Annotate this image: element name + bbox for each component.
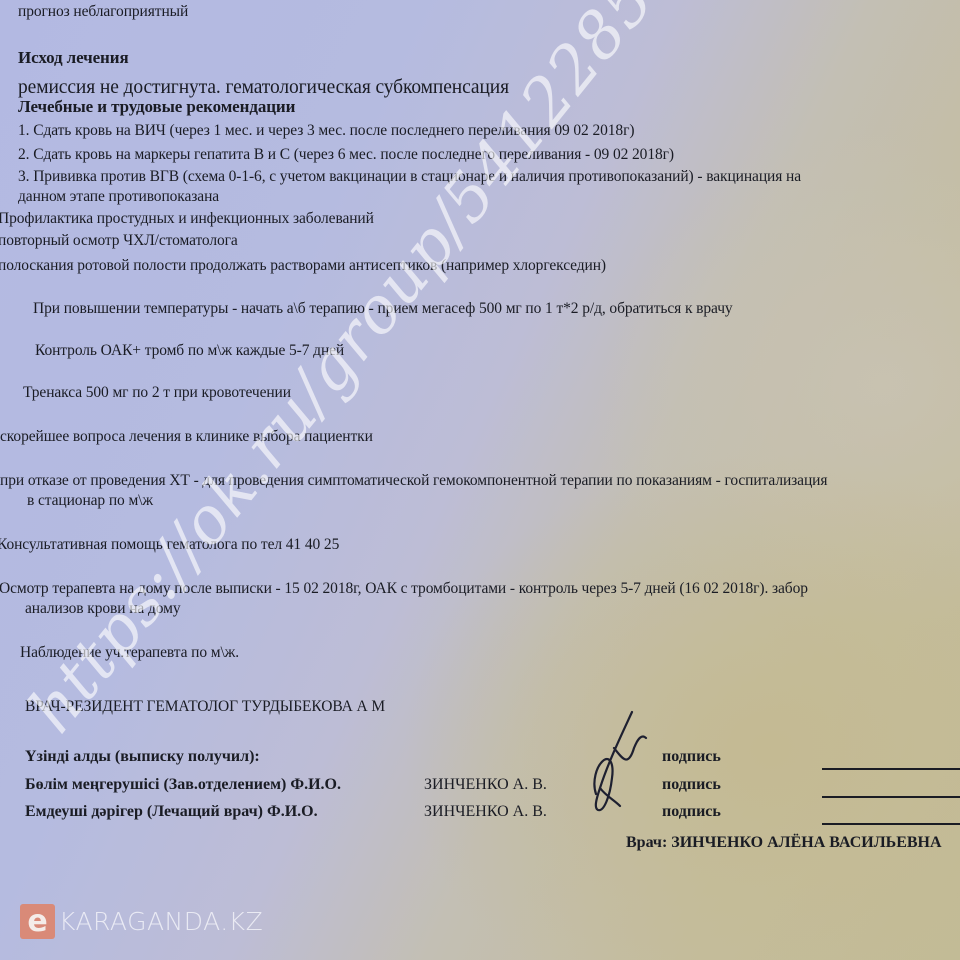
recommendation-item: Наблюдение уч.терапевта по м\ж. (20, 644, 239, 662)
recommendation-item: анализов крови на дому (25, 600, 180, 618)
recommendations-heading: Лечебные и трудовые рекомендации (18, 97, 295, 117)
signature-name: ЗИНЧЕНКО А. В. (424, 803, 547, 821)
recommendation-item: Консультативная помощь гематолога по тел… (0, 536, 339, 554)
signature-line (822, 768, 960, 770)
signature-word: подпись (662, 748, 721, 766)
recommendation-item: Профилактика простудных и инфекционных з… (0, 210, 374, 228)
recommendation-item: в стационар по м\ж (27, 492, 153, 510)
recommendation-item: при отказе от проведения ХТ - для провед… (0, 472, 827, 490)
recommendation-item: полоскания ротовой полости продолжать ра… (0, 257, 606, 275)
resident-doctor: ВРАЧ-РЕЗИДЕНТ ГЕМАТОЛОГ ТУРДЫБЕКОВА А М (25, 698, 385, 716)
recommendation-item: Осмотр терапевта на дому после выписки -… (0, 580, 808, 598)
doctor-name: Врач: ЗИНЧЕНКО АЛЁНА ВАСИЛЬЕВНА (626, 834, 942, 852)
signature-line (822, 823, 960, 825)
e-logo-icon: e (20, 904, 55, 939)
recommendation-item: 3. Прививка против ВГВ (схема 0-1-6, с у… (18, 168, 801, 186)
signature-label: Емдеуші дәрігер (Лечащий врач) Ф.И.О. (25, 803, 318, 820)
recommendation-item: Контроль ОАК+ тромб по м\ж каждые 5-7 дн… (35, 342, 344, 360)
recommendation-item: данном этапе противопоказана (18, 188, 219, 206)
signature-name: ЗИНЧЕНКО А. В. (424, 776, 547, 794)
signature-word: подпись (662, 803, 721, 821)
signature-line (822, 796, 960, 798)
outcome-heading: Исход лечения (18, 48, 129, 68)
signature-row-attending: Емдеуші дәрігер (Лечащий врач) Ф.И.О. (25, 803, 318, 821)
signature-word: подпись (662, 776, 721, 794)
signature-row-received: Үзінді алды (выписку получил): (25, 748, 260, 766)
signature-label: Үзінді алды (выписку получил): (25, 748, 260, 765)
signature-row-head: Бөлім меңгерушісі (Зав.отделением) Ф.И.О… (25, 776, 341, 794)
brand-name: KARAGANDA.KZ (59, 907, 263, 936)
recommendation-item: скорейшее вопроса лечения в клинике выбо… (0, 428, 373, 446)
recommendation-item: Тренакса 500 мг по 2 т при кровотечении (23, 384, 291, 402)
brand-logo: e KARAGANDA.KZ (20, 904, 263, 939)
prognosis-text: прогноз неблагоприятный (18, 3, 188, 21)
recommendation-item: 2. Сдать кровь на маркеры гепатита В и С… (18, 146, 674, 164)
signature-label: Бөлім меңгерушісі (Зав.отделением) Ф.И.О… (25, 776, 341, 793)
handwritten-signature-icon (570, 708, 650, 818)
document-page: прогноз неблагоприятный Исход лечения ре… (0, 0, 960, 960)
recommendation-item: повторный осмотр ЧХЛ/стоматолога (0, 232, 238, 250)
recommendation-item: 1. Сдать кровь на ВИЧ (через 1 мес. и че… (18, 122, 634, 140)
outcome-text: ремиссия не достигнута. гематологическая… (18, 77, 509, 99)
recommendation-item: При повышении температуры - начать а\б т… (33, 300, 733, 318)
